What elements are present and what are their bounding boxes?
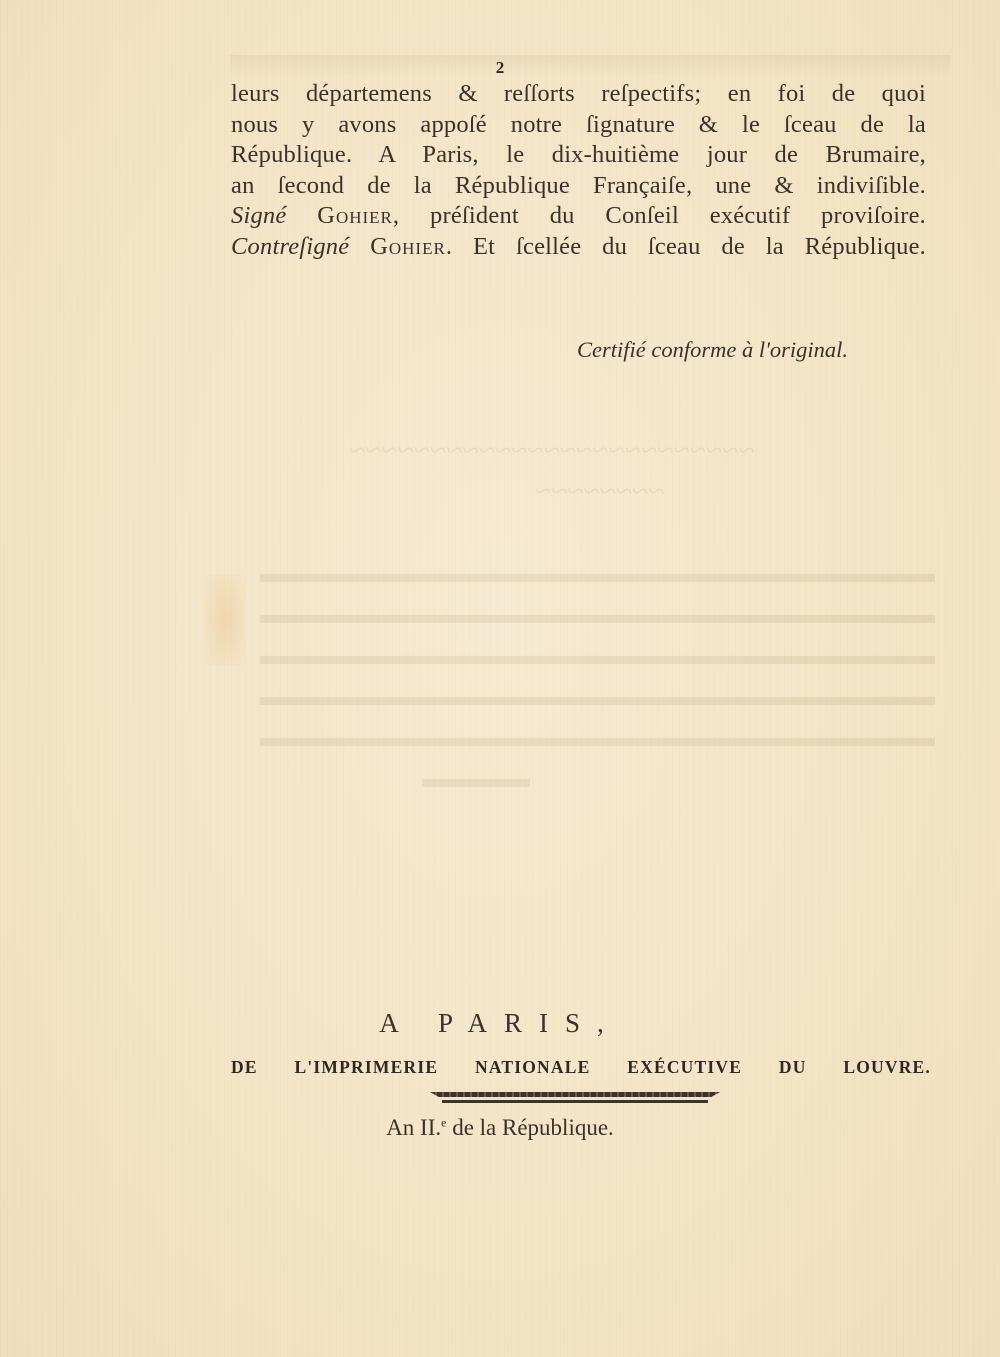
imprint-printer: DE L'IMPRIMERIE NATIONALE EXÉCUTIVE DU L… xyxy=(231,1057,931,1078)
text-line: République. A Paris, le dix-huitième jou… xyxy=(231,140,926,171)
text-line: leurs départemens & reſſorts reſpectifs;… xyxy=(231,79,926,110)
seal-statement: . Et ſcellée du ſceau de la République. xyxy=(446,233,926,260)
text-line: nous y avons appoſé notre ſignature & le… xyxy=(231,110,926,141)
countersigned-label: Contreſigné xyxy=(231,233,349,260)
countersignature-line: Contreſigné Gohier. Et ſcellée du ſceau … xyxy=(231,232,926,263)
signatory-title: , préſident du Conſeil exécutif proviſoi… xyxy=(393,202,926,229)
document-page: ~~~~~~~~~~~~~~~~~~~~~~~~~ ~~~~~~~~ ▬▬▬▬▬… xyxy=(0,0,1000,1357)
rule-bottom xyxy=(442,1100,708,1103)
imprint-year: An II.e de la République. xyxy=(0,1115,1000,1141)
countersignatory-name: Gohier xyxy=(370,233,446,260)
year-prefix: An II. xyxy=(386,1115,441,1140)
certification-note: Certifié conforme à l'original. xyxy=(577,337,848,363)
imprint-city: A PARIS, xyxy=(0,1008,1000,1039)
body-paragraph: leurs départemens & reſſorts reſpectifs;… xyxy=(231,79,926,263)
signed-label: Signé xyxy=(231,202,286,229)
ornamental-rule xyxy=(430,1092,720,1104)
year-suffix: de la République. xyxy=(446,1115,613,1140)
reverse-side-bleed-through: ~~~~~~~~~~~~~~~~~~~~~~~~~ ~~~~~~~~ ▬▬▬▬▬… xyxy=(235,430,935,799)
rule-top xyxy=(430,1092,720,1097)
signatory-name: Gohier xyxy=(317,202,393,229)
signature-line: Signé Gohier, préſident du Conſeil exécu… xyxy=(231,201,926,232)
text-line: an ſecond de la République Françaiſe, un… xyxy=(231,171,926,202)
paper-stain xyxy=(205,575,245,665)
page-number: 2 xyxy=(0,58,1000,78)
